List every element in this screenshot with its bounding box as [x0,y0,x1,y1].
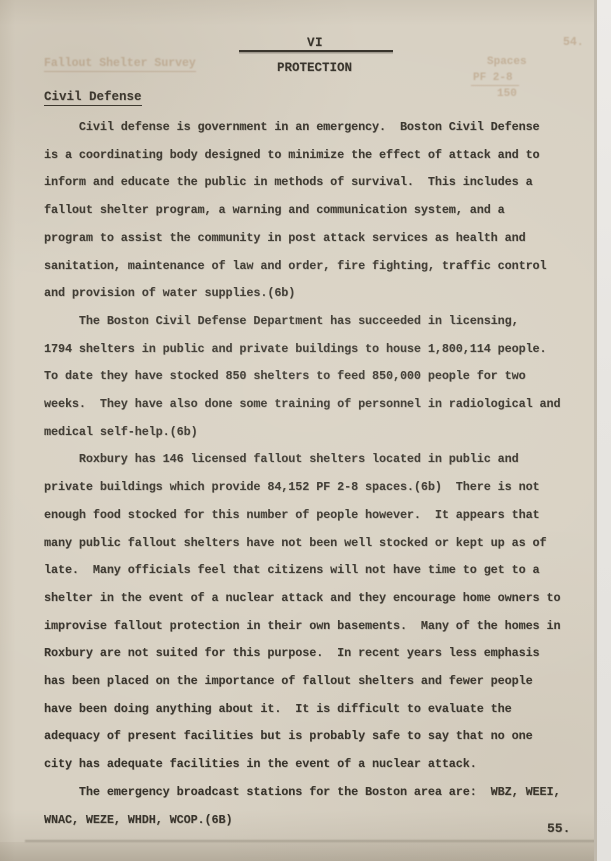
page-number: 55. [547,821,570,836]
ghost-bleedthrough-heading: Fallout Shelter Survey [44,57,196,72]
civil-defense-heading: Civil Defense [44,90,142,106]
section-title: PROTECTION [277,61,352,75]
section-underline-rule [239,50,393,52]
scan-background-right-strip [597,0,611,861]
ghost-bleedthrough-page-number: 54. [563,36,584,49]
ghost-bleedthrough-column-subheader: PF 2-8 [471,72,519,86]
ghost-bleedthrough-column-value: 150 [497,88,517,100]
ghost-bleedthrough-column-header: Spaces [487,56,527,68]
page-bottom-shadow [0,842,597,861]
section-number: VI [307,36,323,50]
scanned-document-page: Fallout Shelter Survey Spaces PF 2-8 150… [0,0,611,861]
document-body-text: Civil defense is government in an emerge… [44,114,560,834]
